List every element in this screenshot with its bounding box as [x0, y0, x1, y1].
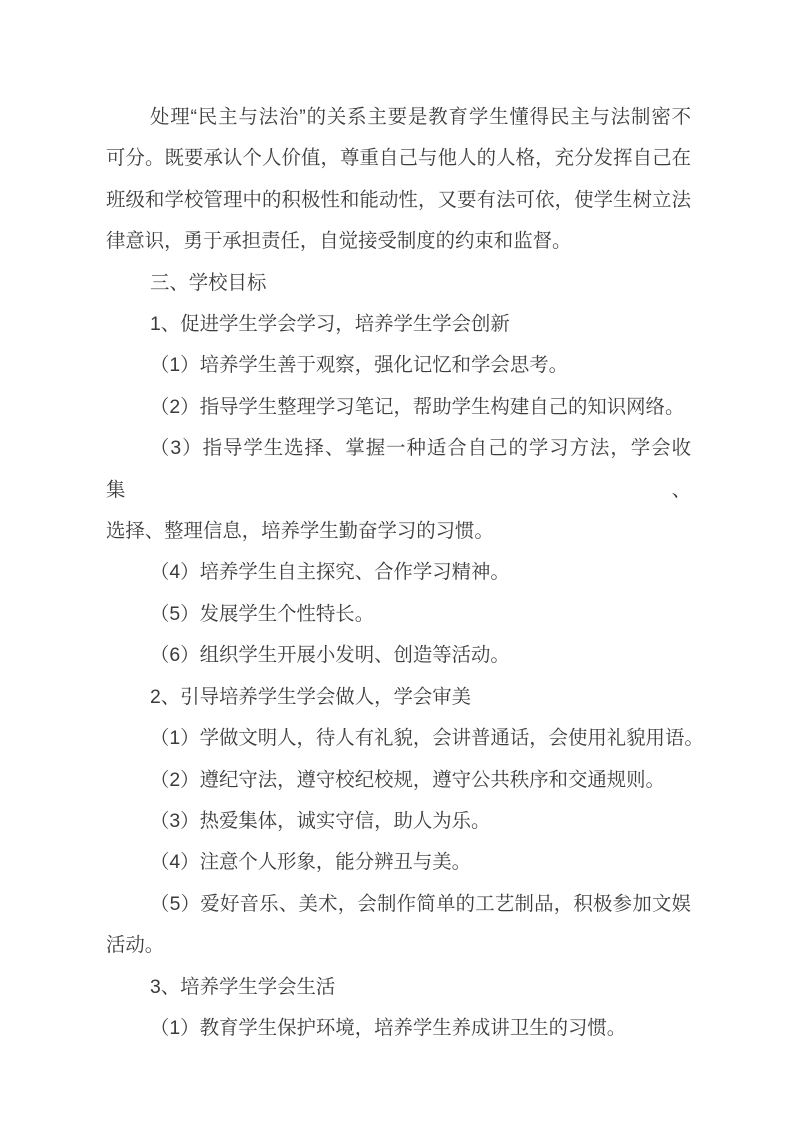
- list-item: （1）教育学生保护环境，培养学生养成讲卫生的习惯。: [106, 1008, 691, 1049]
- text-line: 可分。既要承认个人价值，尊重自己与他人的人格，充分发挥自己在: [106, 138, 691, 179]
- text-line: 律意识，勇于承担责任，自觉接受制度的约束和监督。: [106, 221, 691, 262]
- list-item: （1）学做文明人，待人有礼貌，会讲普通话，会使用礼貌用语。: [106, 718, 691, 759]
- text-line: 选择、整理信息，培养学生勤奋学习的习惯。: [106, 511, 691, 552]
- text-line: 处理“民主与法治”的关系主要是教育学生懂得民主与法制密不: [106, 97, 691, 138]
- list-item: （3）指导学生选择、掌握一种适合自己的学习方法，学会收集、: [106, 428, 691, 511]
- list-item: （1）培养学生善于观察，强化记忆和学会思考。: [106, 345, 691, 386]
- list-item: （4）培养学生自主探究、合作学习精神。: [106, 552, 691, 593]
- list-item: （5）发展学生个性特长。: [106, 594, 691, 635]
- list-item: 2、引导培养学生学会做人，学会审美: [106, 677, 691, 718]
- list-item: 1、促进学生学会学习，培养学生学会创新: [106, 304, 691, 345]
- text-line: 班级和学校管理中的积极性和能动性，又要有法可依，使学生树立法: [106, 180, 691, 221]
- list-item: （3）热爱集体，诚实守信，助人为乐。: [106, 801, 691, 842]
- list-item: （5）爱好音乐、美术，会制作简单的工艺制品，积极参加文娱: [106, 884, 691, 925]
- list-item: （2）指导学生整理学习笔记，帮助学生构建自己的知识网络。: [106, 387, 691, 428]
- text-line: 活动。: [106, 925, 691, 966]
- list-item: （2）遵纪守法，遵守校纪校规，遵守公共秩序和交通规则。: [106, 760, 691, 801]
- list-item: （6）组织学生开展小发明、创造等活动。: [106, 635, 691, 676]
- list-item: 3、培养学生学会生活: [106, 967, 691, 1008]
- section-heading: 三、学校目标: [106, 263, 691, 304]
- list-item: （4）注意个人形象，能分辨丑与美。: [106, 842, 691, 883]
- document-page: 处理“民主与法治”的关系主要是教育学生懂得民主与法制密不 可分。既要承认个人价值…: [0, 0, 793, 1122]
